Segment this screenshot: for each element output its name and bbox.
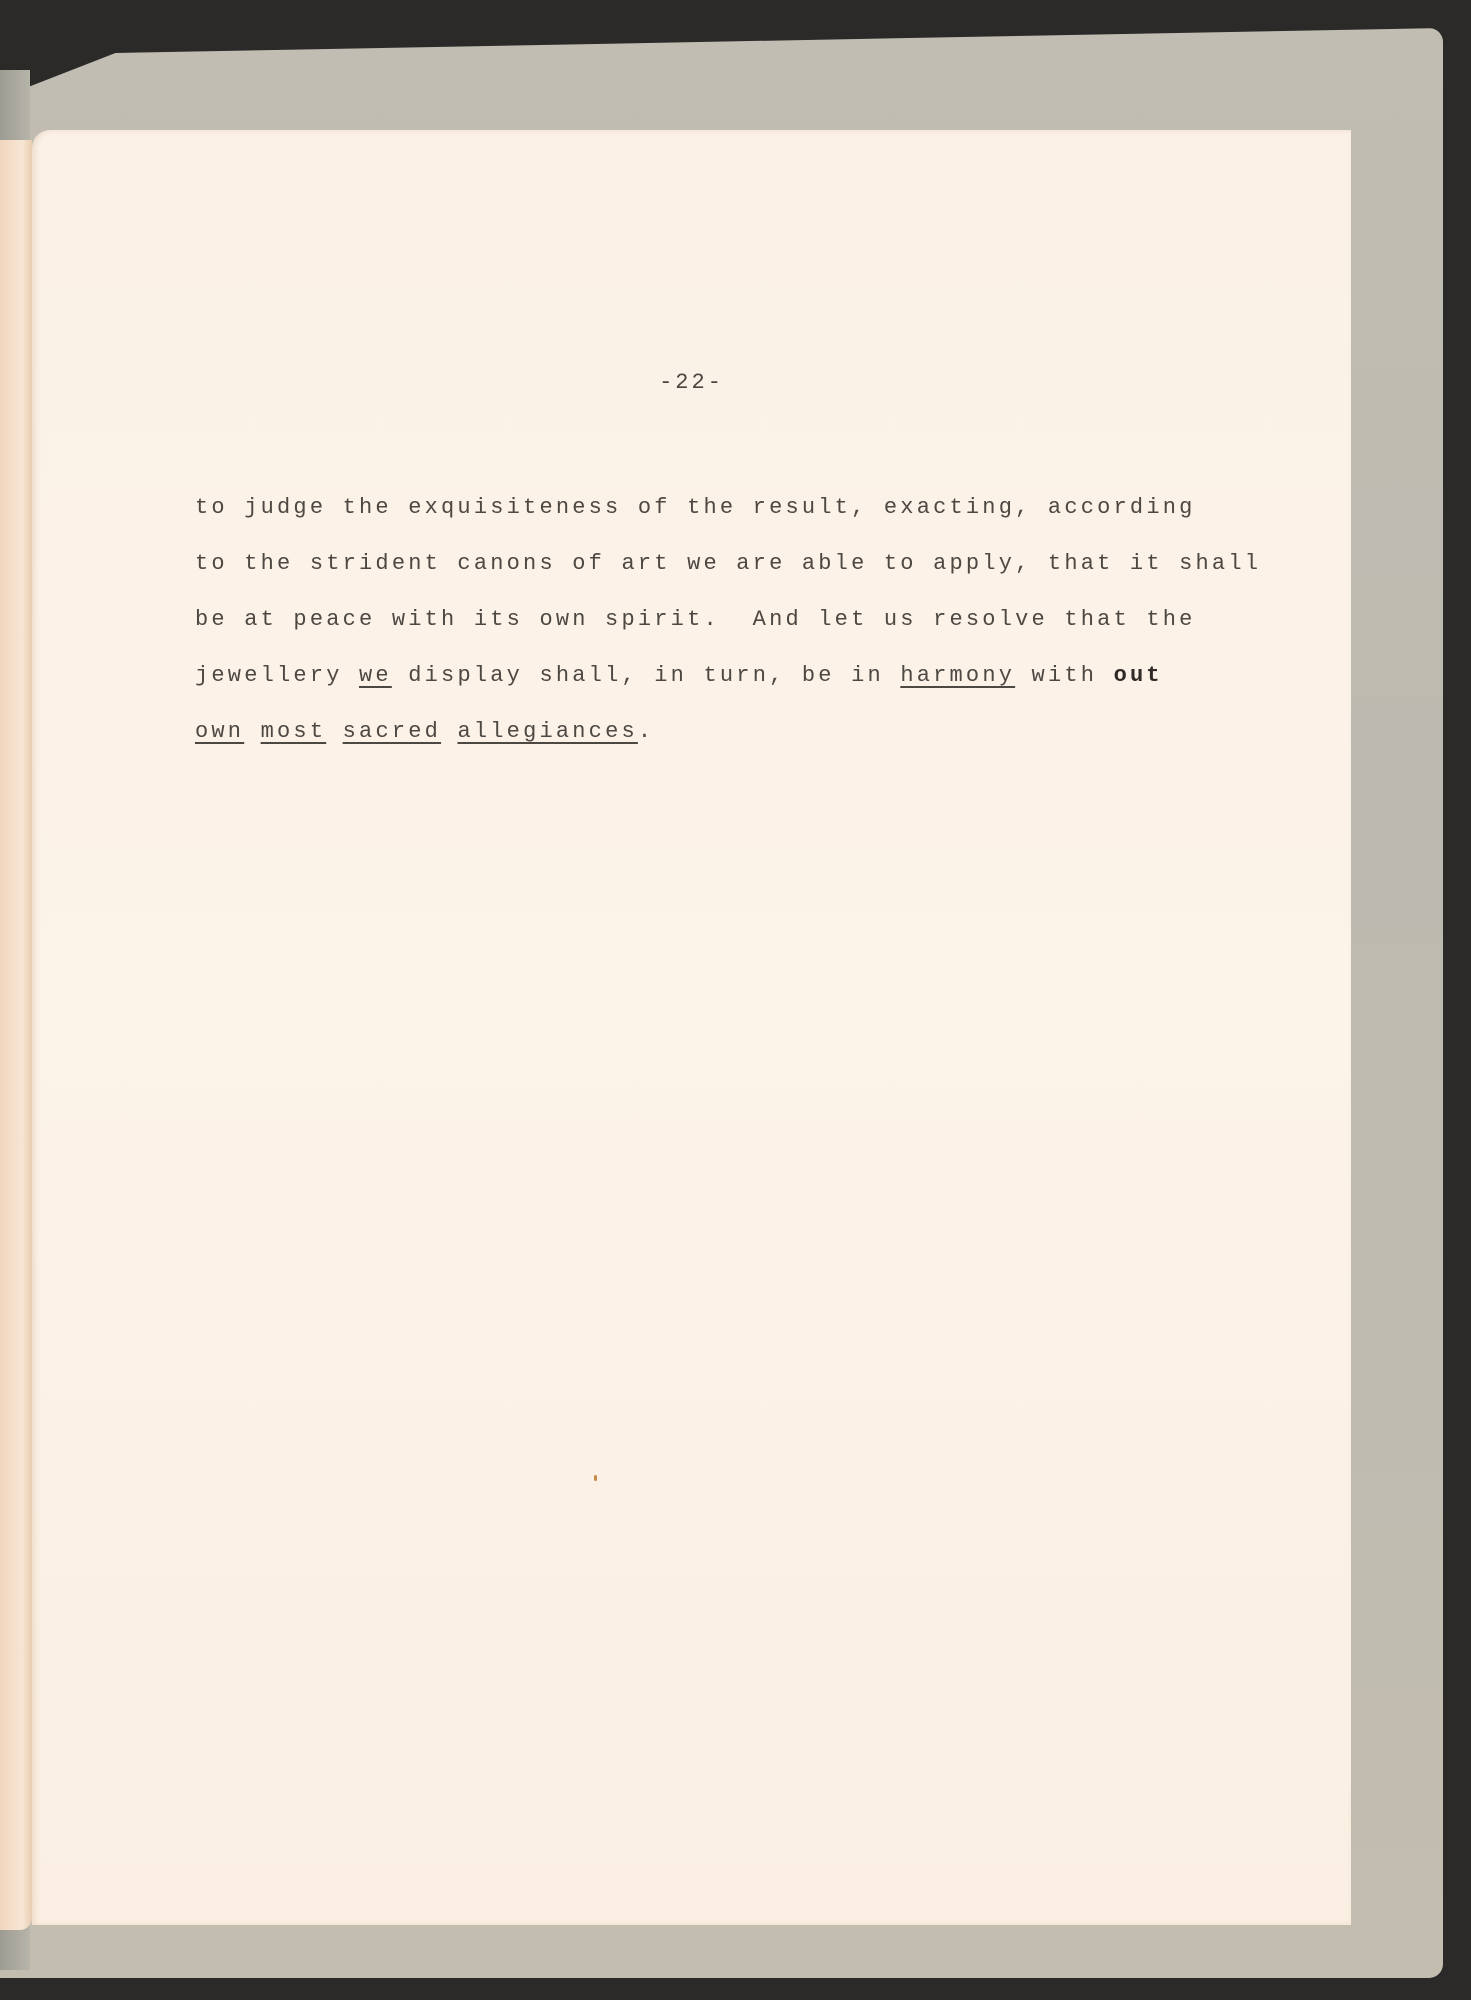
typed-page: -22- to judge the exquisiteness of the r…: [32, 130, 1351, 1925]
text-line-2: to the strident canons of art we are abl…: [195, 536, 1365, 592]
underlined-word: harmony: [900, 663, 1015, 688]
page-body-text: to judge the exquisiteness of the result…: [195, 480, 1365, 760]
overstruck-word: out: [1114, 663, 1163, 688]
underlined-word: we: [359, 663, 392, 688]
text-line-1: to judge the exquisiteness of the result…: [195, 480, 1365, 536]
text-line-3: be at peace with its own spirit. And let…: [195, 592, 1365, 648]
underlined-word: allegiances: [457, 719, 637, 744]
underlined-word: most: [261, 719, 327, 744]
text-line-4: jewellery we display shall, in turn, be …: [195, 648, 1365, 704]
text-line-5: own most sacred allegiances.: [195, 704, 1365, 760]
underlined-word: own: [195, 719, 244, 744]
left-page-edge: [0, 140, 32, 1930]
paper-speck: [594, 1475, 597, 1481]
page-number: -22-: [32, 370, 1351, 395]
underlined-word: sacred: [343, 719, 441, 744]
